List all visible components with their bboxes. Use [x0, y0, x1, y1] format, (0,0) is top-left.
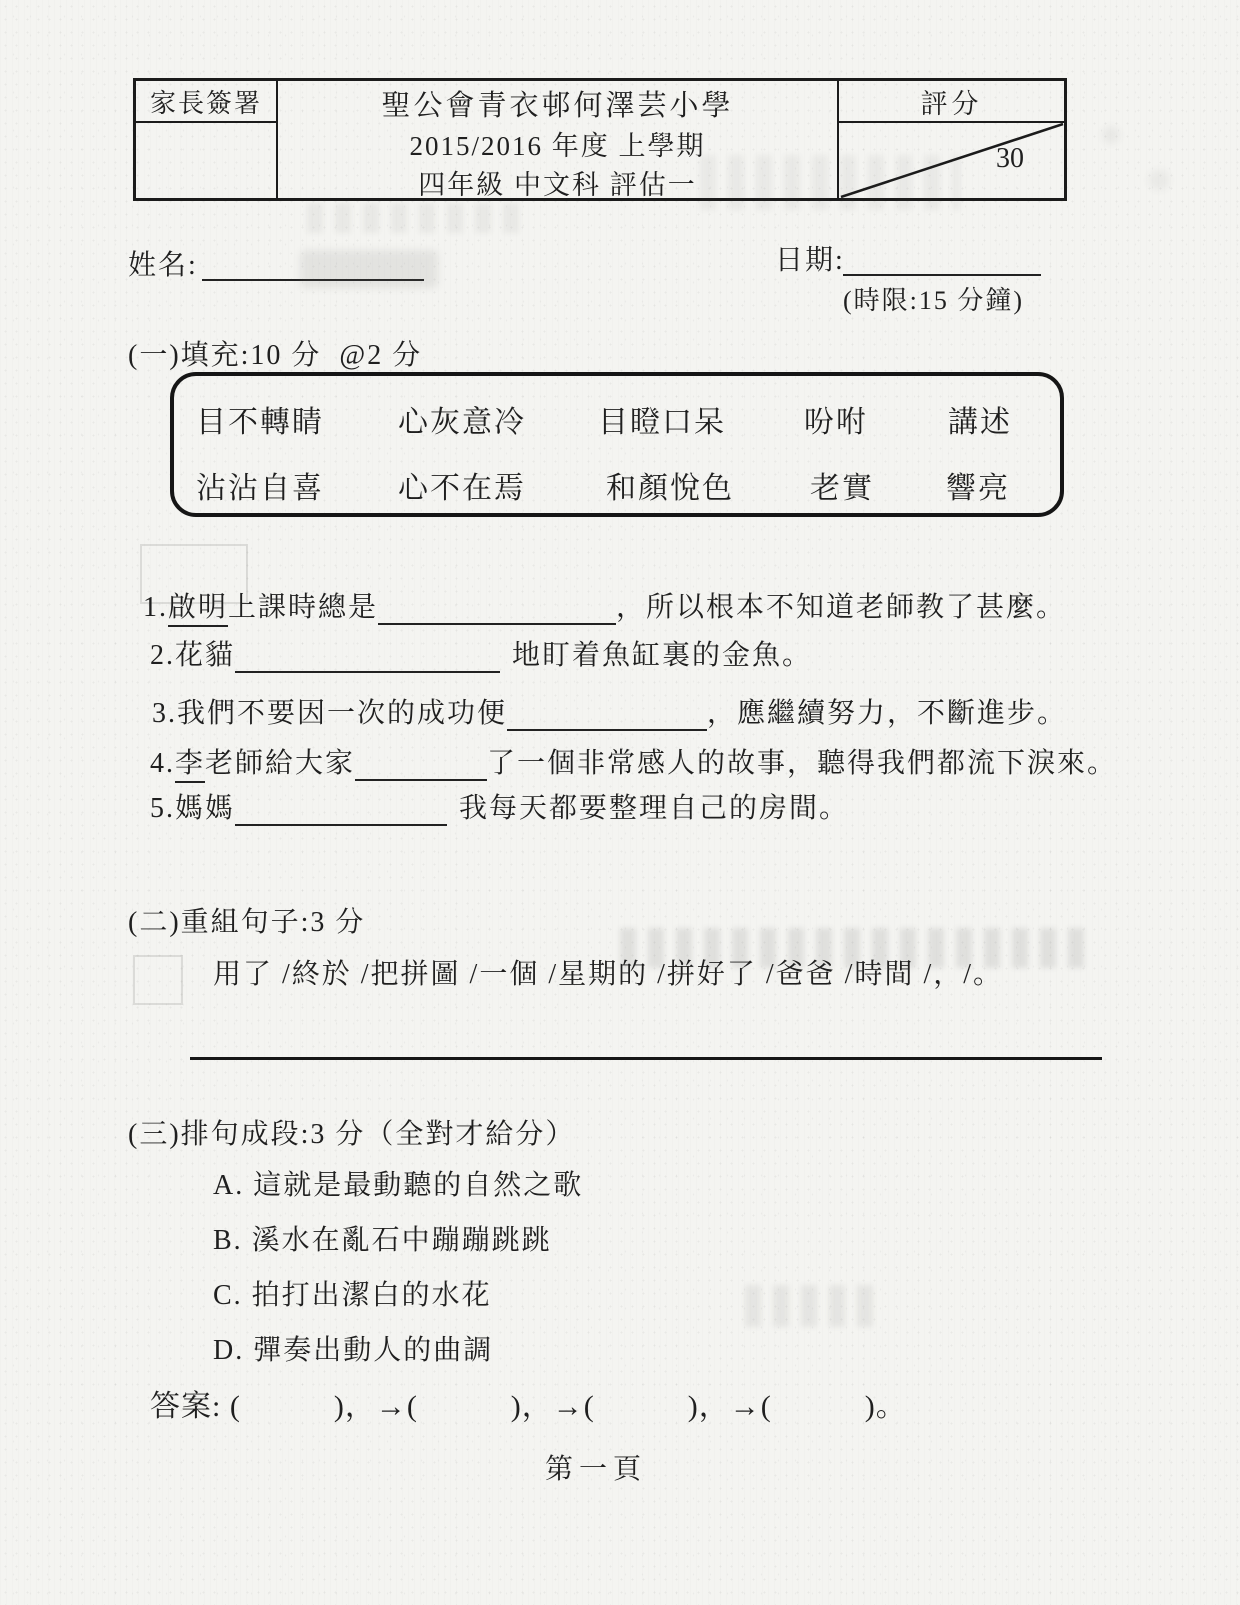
bleed-through-artifact: [1075, 90, 1195, 240]
question-number: 2.: [150, 640, 175, 671]
word-bank-item: 心不在焉: [398, 463, 526, 507]
question-number: 4.: [150, 748, 175, 779]
bleed-through-box: [133, 955, 183, 1005]
question-number: 3.: [152, 698, 177, 729]
answer-blank: [378, 593, 616, 625]
bleed-through-artifact: [700, 155, 960, 210]
sequence-option-a: A. 這就是最動聽的自然之歌: [213, 1163, 583, 1203]
date-label: 日期:: [775, 238, 845, 278]
score-label: 評分: [839, 81, 1064, 123]
sequence-option-d: D. 彈奏出動人的曲調: [213, 1328, 493, 1368]
school-name: 聖公會青衣邨何澤芸小學: [381, 83, 733, 124]
fill-question-1: 1.啟明上課時總是，所以根本不知道老師教了甚麼。: [143, 585, 1066, 625]
fill-question-2: 2.花貓地盯着魚缸裏的金魚。: [150, 633, 812, 673]
reorder-pieces: 用了 /終於 /把拼圖 /一個 /星期的 /拼好了 /爸爸 /時間 /，/。: [213, 952, 1003, 992]
bleed-through-artifact: [745, 1285, 885, 1327]
sequence-option-b: B. 溪水在亂石中蹦蹦跳跳: [213, 1218, 552, 1258]
full-score-value: 30: [996, 143, 1024, 175]
reorder-answer-line: [190, 1057, 1102, 1060]
parent-signature-space: [136, 123, 276, 198]
word-bank-item: 和顏悅色: [606, 463, 734, 507]
question-text-post: 地盯着魚缸裏的金魚。: [512, 640, 812, 671]
time-limit: (時限:15 分鐘): [843, 280, 1024, 317]
fill-question-4: 4.李老師給大家了一個非常感人的故事，聽得我們都流下淚來。: [150, 741, 1117, 781]
answer-blank: [507, 699, 707, 731]
question-text-pre: 上課時總是: [228, 592, 378, 623]
question-text-post: ，所以根本不知道老師教了甚麼。: [616, 592, 1066, 623]
page-footer: 第一頁: [545, 1447, 647, 1487]
word-bank-item: 目不轉睛: [196, 397, 324, 441]
answer-blank: [355, 749, 487, 781]
question-text-pre: 老師給大家: [205, 748, 355, 779]
word-bank-item: 老實: [810, 463, 874, 507]
question-text-pre: 花貓: [175, 640, 235, 671]
question-text-post: 我每天都要整理自己的房間。: [459, 793, 849, 824]
sequence-answer-row: 答案: ( )，→( )，→( )，→( )。: [150, 1381, 907, 1425]
question-number: 1.: [143, 592, 168, 623]
parent-signature-label: 家長簽署: [136, 81, 276, 123]
word-bank-item: 響亮: [946, 463, 1010, 507]
word-bank-item: 心灰意冷: [398, 397, 526, 441]
fill-question-3: 3.我們不要因一次的成功便，應繼續努力，不斷進步。: [152, 691, 1067, 731]
proper-noun-underlined: 啟明: [168, 592, 228, 627]
question-text-pre: 我們不要因一次的成功便: [177, 698, 507, 729]
date-blank-line: [843, 274, 1041, 276]
answer-blank: [235, 641, 500, 673]
answer-blank: [235, 794, 447, 826]
bleed-through-artifact: [307, 203, 522, 233]
section-fill-heading: (一)填充:10 分 @2 分: [128, 333, 422, 373]
word-bank-item: 講述: [948, 397, 1012, 441]
word-bank-item: 目瞪口呆: [598, 397, 726, 441]
fill-question-5: 5.媽媽我每天都要整理自己的房間。: [150, 786, 849, 826]
word-bank-item: 沾沾自喜: [196, 463, 324, 507]
word-bank-box: 目不轉睛 心灰意冷 目瞪口呆 吩咐 講述 沾沾自喜 心不在焉 和顏悅色 老實 響…: [170, 372, 1064, 517]
year-term: 2015/2016 年度 上學期: [409, 124, 705, 163]
name-label: 姓名:: [128, 243, 198, 283]
section-reorder-heading: (二)重組句子:3 分: [128, 900, 365, 940]
proper-noun-underlined: 李: [175, 748, 205, 783]
sequence-option-c: C. 拍打出潔白的水花: [213, 1273, 492, 1313]
question-number: 5.: [150, 793, 175, 824]
section-sequence-heading: (三)排句成段:3 分（全對才給分）: [128, 1112, 575, 1152]
question-text-post: ，應繼續努力，不斷進步。: [707, 698, 1067, 729]
question-text-post: 了一個非常感人的故事，聽得我們都流下淚來。: [487, 748, 1117, 779]
question-text-pre: 媽媽: [175, 793, 235, 824]
parent-signature-cell: 家長簽署: [136, 81, 278, 198]
erased-smudge: [300, 250, 438, 288]
class-subject: 四年級 中文科 評估一: [418, 163, 697, 202]
word-bank-item: 吩咐: [804, 397, 868, 441]
